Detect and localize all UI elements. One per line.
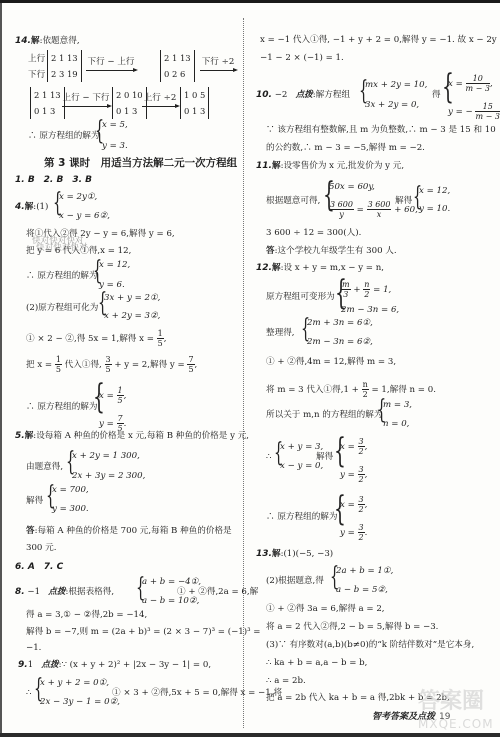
bottom-border <box>0 733 500 737</box>
top-border <box>0 0 500 3</box>
arrow-2: 下行 ÷2 <box>200 57 236 71</box>
mc-answers-1-3: 1. B 2. B 3. B <box>15 175 92 186</box>
matrix-5: 1 0 50 1 3 <box>180 87 209 119</box>
overlap-watermark-text: 快对快对快对 <box>36 241 88 253</box>
row-label-bottom: 下行 <box>28 70 45 81</box>
q13-header: 13.解:(1)(−5, −3) <box>256 549 333 560</box>
q11-header: 11.解:设零售价为 x 元,批发价为 y 元, <box>256 161 404 172</box>
watermark-url: MXQE.COM <box>418 717 494 731</box>
left-edge <box>0 3 2 733</box>
q14-conclusion: ∴ 原方程组的解为 <box>28 131 99 142</box>
section-title: 第 3 课时 用适当方法解二元一次方程组 <box>44 158 237 169</box>
q10-header: 10. −2 点拨:解方程组 <box>256 90 350 101</box>
q14-header: 14.解:依题意得, <box>15 36 80 47</box>
q5-header: 5.解:设每箱 A 种鱼的价格是 x 元,每箱 B 种鱼的价格是 y 元, <box>15 431 249 442</box>
matrix-3: 2 1 130 1 3 <box>30 87 65 119</box>
arrow-4: 上行 ÷2 <box>142 93 178 107</box>
row-label-top: 上行 <box>28 54 45 65</box>
matrix-1: 2 1 132 3 19 <box>47 50 82 82</box>
matrix-2: 2 1 130 2 6 <box>160 50 195 82</box>
q4-header: 4.解:(1) <box>15 202 48 213</box>
arrow-1: 下行 − 上行 <box>86 57 136 71</box>
q12-header: 12.解:设 x + y = m,x − y = n, <box>256 263 384 274</box>
mc-answers-6-7: 6. A 7. C <box>15 562 63 573</box>
arrow-3: 上行 − 下行 <box>62 93 110 107</box>
q8-header: 8. −1 点拨:根据表格得, <box>15 587 114 598</box>
column-divider <box>243 18 244 728</box>
q9-header: 9.1 点拨:∵ (x + y + 2)² + |2x − 3y − 1| = … <box>18 660 211 671</box>
